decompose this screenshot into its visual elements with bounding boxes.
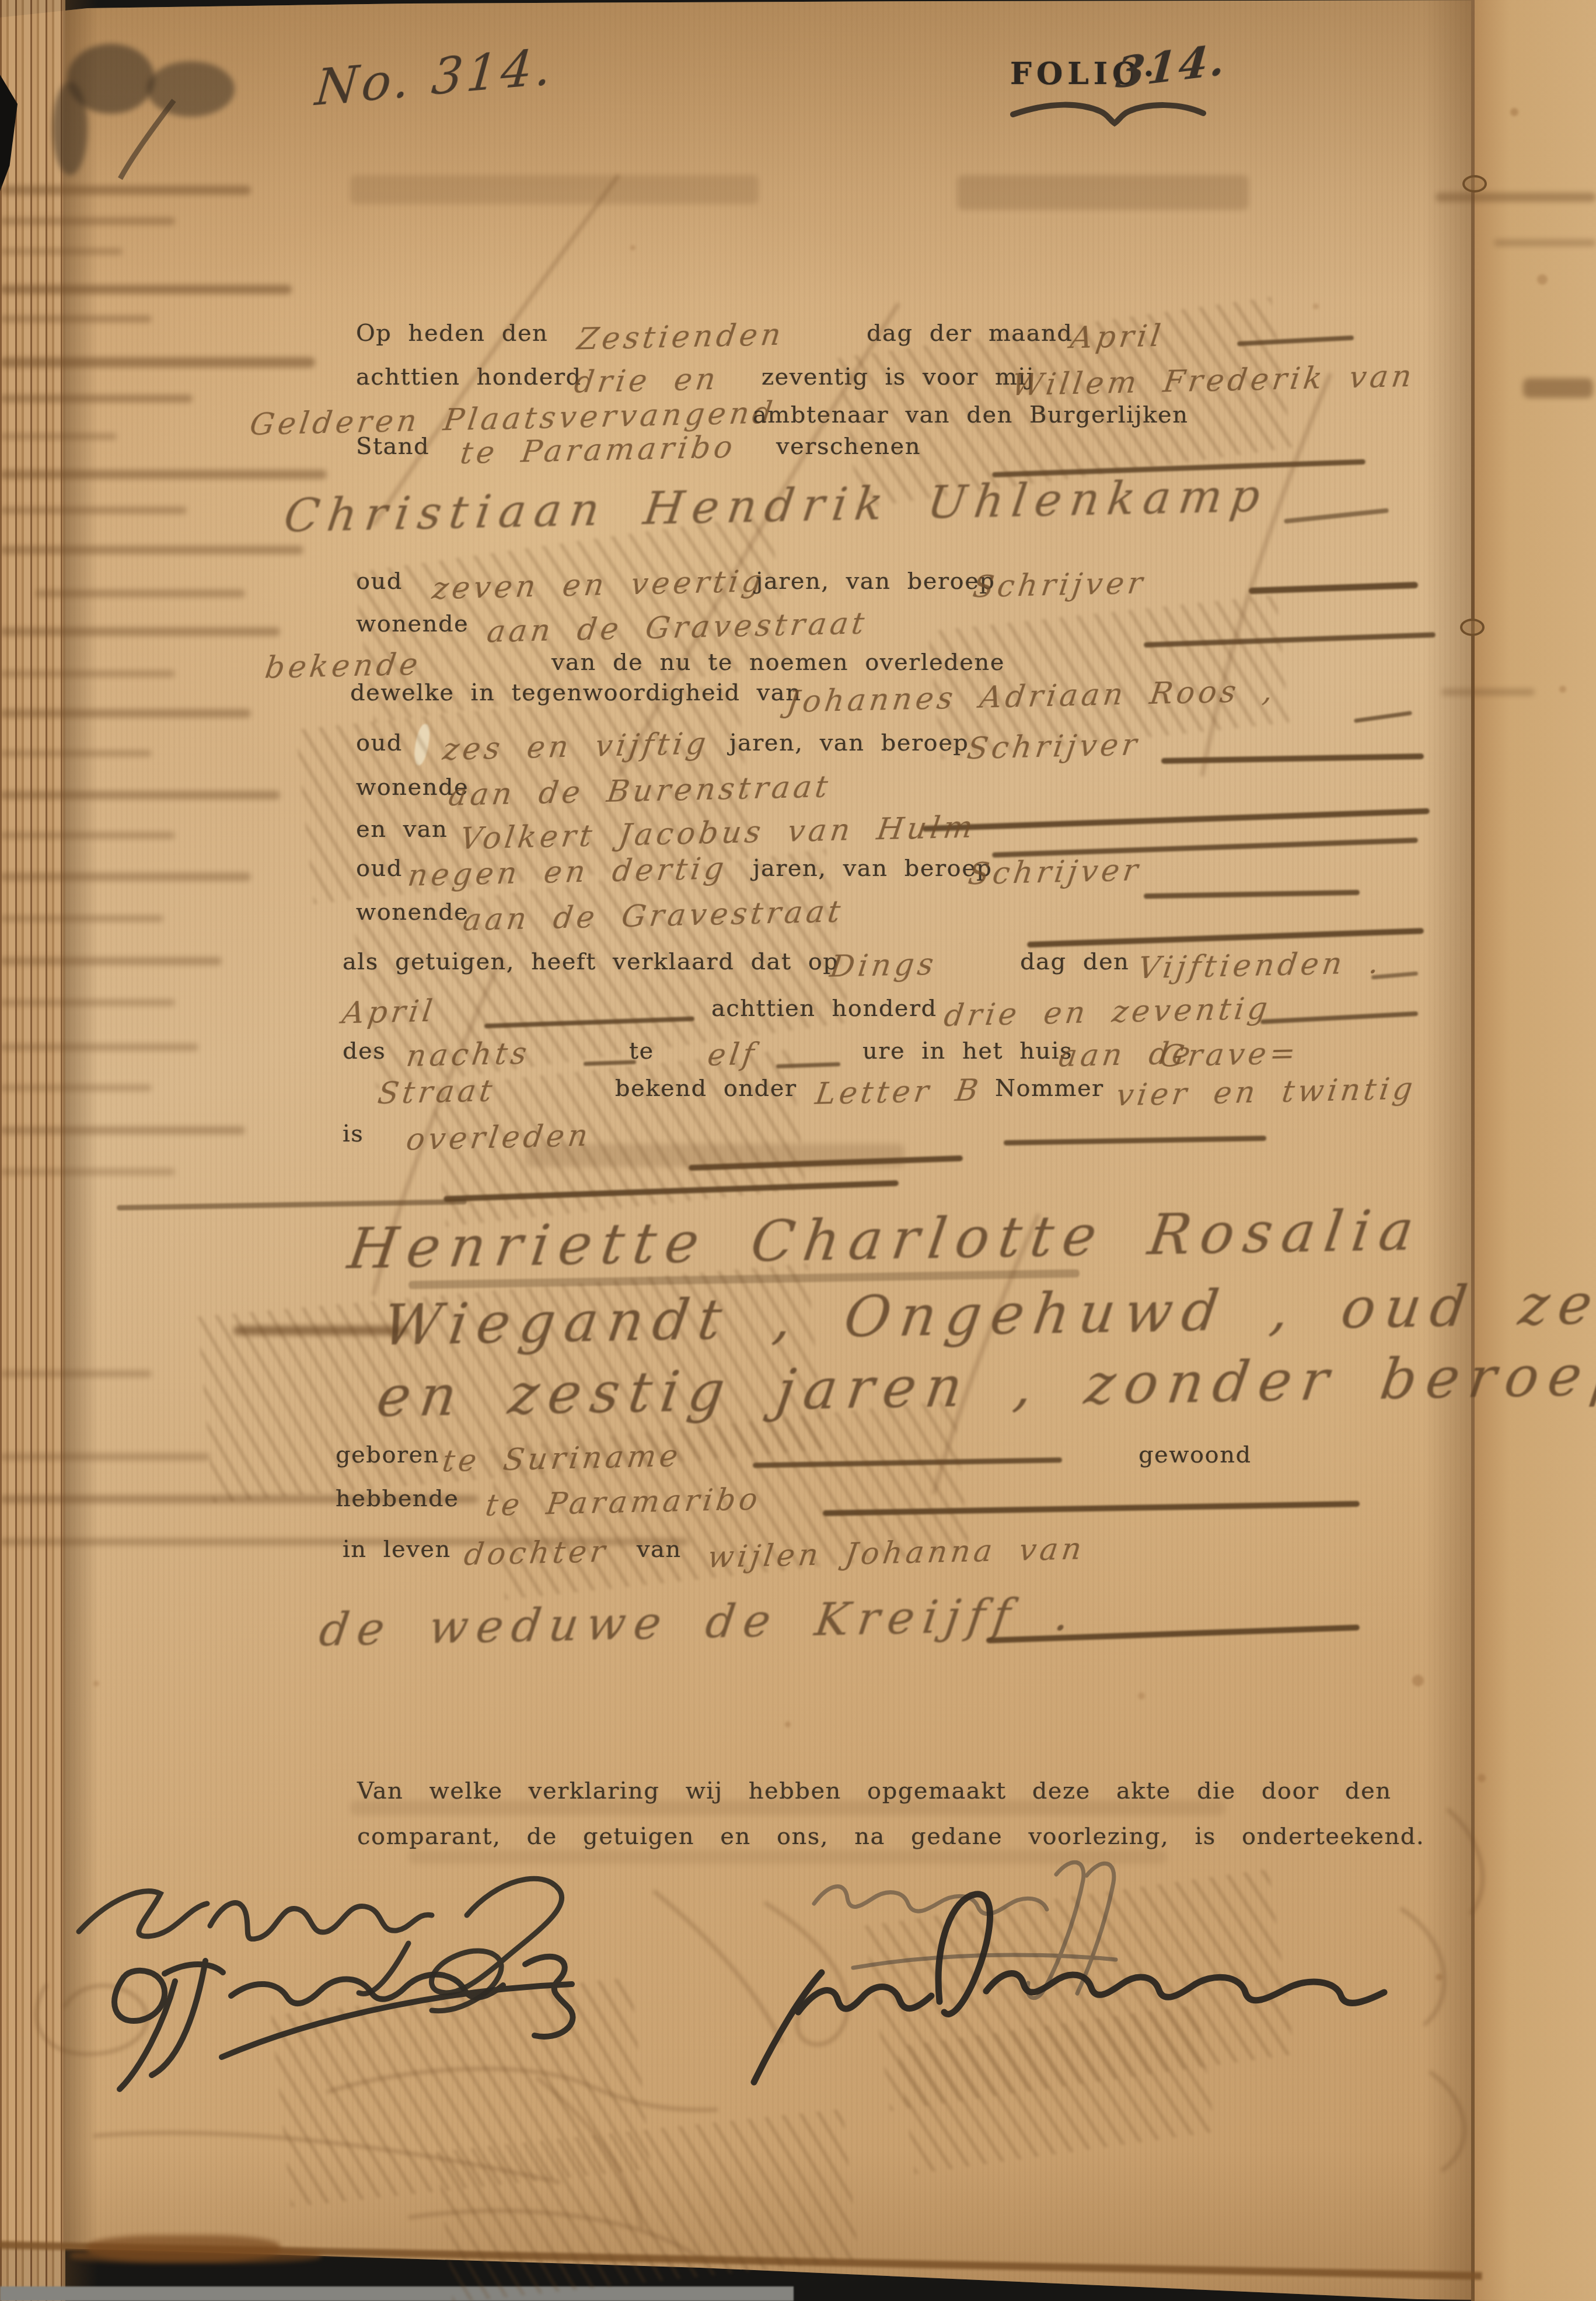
act-line: Henriette Charlotte Rosalia — [0, 1207, 1596, 1259]
spot-mark — [630, 245, 635, 250]
spot-mark — [1478, 1774, 1486, 1782]
act-line: Standte Paramariboverschenen — [0, 433, 1596, 486]
printed-form-text: in leven — [343, 1536, 451, 1563]
act-line: dewelke in tegenwoordigheid vanJohannes … — [0, 679, 1596, 732]
spot-mark — [785, 1722, 791, 1727]
printed-form-text: is — [343, 1120, 364, 1147]
spot-mark — [1313, 303, 1319, 309]
handwritten-entry: Volkert Jacobus van Hulm — [458, 810, 978, 857]
smudge-mark — [0, 285, 292, 294]
handwritten-entry: Vijftienden . — [1136, 945, 1385, 986]
printed-form-text: oud — [356, 568, 403, 595]
printed-form-text: Op heden den — [356, 320, 548, 347]
printed-form-text: des — [343, 1038, 386, 1064]
handwritten-entry: Schrijver — [966, 853, 1143, 892]
handwritten-entry: elf — [706, 1037, 760, 1073]
handwritten-entry: aan de Gravestraat — [485, 606, 870, 650]
printed-form-text: wonende — [356, 899, 469, 926]
spot-mark — [1436, 1974, 1443, 1981]
smudge-mark — [957, 175, 1249, 210]
handwritten-entry: vier en twintig — [1114, 1071, 1418, 1113]
smudge-mark — [350, 175, 759, 204]
printed-form-text: Stand — [356, 433, 429, 460]
handwritten-entry: negen en dertig — [406, 851, 729, 893]
handwritten-entry: te Paramaribo — [458, 430, 738, 472]
spot-mark — [1537, 274, 1548, 285]
printed-form-text: ambtenaar van den Burgerlijken — [753, 401, 1188, 428]
act-line: en zestig jaren , zonder beroep . — [0, 1353, 1596, 1405]
printed-form-text: ure in het huis — [862, 1038, 1073, 1064]
printed-form-text: oud — [356, 855, 403, 882]
printed-form-text: als getuigen, heeft verklaard dat op — [343, 948, 839, 975]
spot-mark — [1510, 108, 1518, 116]
handwritten-entry: zeven en veertig — [430, 564, 767, 607]
handwritten-entry: drie en zeventig — [942, 991, 1273, 1034]
handwritten-entry: Letter B — [813, 1073, 984, 1112]
act-line: de weduwe de Kreijff . — [0, 1596, 1596, 1649]
printed-form-text: jaren, van beroep — [756, 568, 995, 595]
handwritten-entry: Zestienden — [575, 317, 786, 357]
printed-form-text: en van — [356, 816, 448, 843]
handwritten-entry: te Suriname — [440, 1438, 683, 1479]
handwritten-entry: wijlen Johanna van — [706, 1532, 1087, 1576]
handwritten-entry: Straat — [376, 1074, 498, 1112]
closing-paragraph-line: Van welke verklaring wij hebben opgemaak… — [357, 1778, 1250, 1804]
printed-form-text: jaren, van beroep — [753, 855, 992, 882]
printed-form-text: gewoond — [1138, 1441, 1252, 1468]
handwritten-entry: Dings — [828, 947, 940, 984]
smudge-mark — [1436, 193, 1596, 202]
spot-mark — [1412, 1675, 1424, 1687]
printed-form-text: achttien honderd — [356, 364, 582, 390]
handwritten-entry: aan de Burenstraat — [446, 770, 833, 813]
handwritten-entry: April — [1068, 319, 1167, 356]
smudge-mark — [1494, 239, 1596, 246]
closing-paragraph-line: comparant, de getuigen en ons, na gedane… — [357, 1823, 1250, 1850]
handwritten-entry: drie en — [572, 362, 721, 400]
blob-mark — [53, 82, 88, 175]
act-line: isoverleden — [0, 1120, 1596, 1173]
act-line: Wiegandt , Ongehuwd , oud zeven — [0, 1281, 1596, 1333]
printed-form-text: verschenen — [776, 433, 921, 460]
scanner-bed-strip — [0, 2286, 794, 2301]
printed-form-text: geboren — [336, 1441, 439, 1468]
blob-mark — [147, 61, 235, 117]
handwritten-entry: April — [340, 994, 438, 1031]
smudge-mark — [0, 248, 123, 255]
printed-form-text: hebbende — [336, 1485, 459, 1512]
printed-form-text: bekend onder — [615, 1075, 797, 1102]
handwritten-entry: Christiaan Hendrik Uhlenkamp — [281, 469, 1272, 542]
spot-mark — [1138, 1692, 1145, 1699]
printed-form-text: achttien honderd — [711, 995, 937, 1022]
printed-form-text: dewelke in tegenwoordigheid van — [350, 679, 801, 706]
printed-form-text: dag den — [1020, 948, 1129, 975]
handwritten-entry: de weduwe de Kreijff . — [316, 1588, 1081, 1656]
smudge-mark — [0, 217, 175, 225]
printed-form-text: oud — [356, 729, 403, 756]
printed-form-text: van — [637, 1536, 682, 1563]
handwritten-entry: Johannes Adriaan Roos , — [785, 674, 1279, 720]
binding-stitch-knot — [1462, 175, 1487, 193]
handwritten-entry: te Paramaribo — [483, 1482, 763, 1524]
handwritten-entry: dochter — [462, 1534, 611, 1573]
scanned-register-page: No. 314. FOLIO· 314. Op heden denZestien… — [0, 0, 1596, 2301]
printed-form-text: zeventig is voor mij — [762, 364, 1035, 390]
act-line: wonendeaan de Gravestraat — [0, 899, 1596, 951]
stain-mark — [70, 2248, 321, 2263]
handwritten-entry: overleden — [404, 1118, 593, 1157]
smudge-mark — [0, 546, 303, 554]
handwritten-entry: Willem Frederik van — [1010, 359, 1417, 403]
printed-form-text: Nommer — [995, 1075, 1104, 1102]
handwritten-entry: aan de Gravestraat — [461, 895, 846, 938]
act-line: als getuigen, heeft verklaard dat opDing… — [0, 948, 1596, 1001]
handwritten-entry: Schrijver — [965, 728, 1142, 767]
handwritten-entry: zes en vijftig — [441, 727, 711, 767]
smudge-mark — [408, 1850, 1167, 1864]
handwritten-entry: nachts — [404, 1036, 533, 1074]
printed-form-text: jaren, van beroep — [729, 729, 969, 756]
act-line: Straatbekend onderLetter BNommervier en … — [0, 1075, 1596, 1127]
spot-mark — [93, 1681, 99, 1687]
act-line: in levendochtervanwijlen Johanna van — [0, 1536, 1596, 1588]
smudge-mark — [0, 186, 251, 195]
printed-form-text: wonende — [356, 610, 469, 637]
printed-form-text: dag der maand — [867, 320, 1073, 347]
printed-form-text: van de nu te noemen overledene — [551, 649, 1005, 676]
printed-form-text: te — [629, 1038, 654, 1064]
act-line: Christiaan Hendrik Uhlenkamp — [0, 480, 1596, 532]
handwritten-entry: Grave= — [1158, 1036, 1301, 1074]
handwritten-entry: Schrijver — [970, 566, 1148, 605]
act-line: hebbendete Paramaribo — [0, 1485, 1596, 1538]
